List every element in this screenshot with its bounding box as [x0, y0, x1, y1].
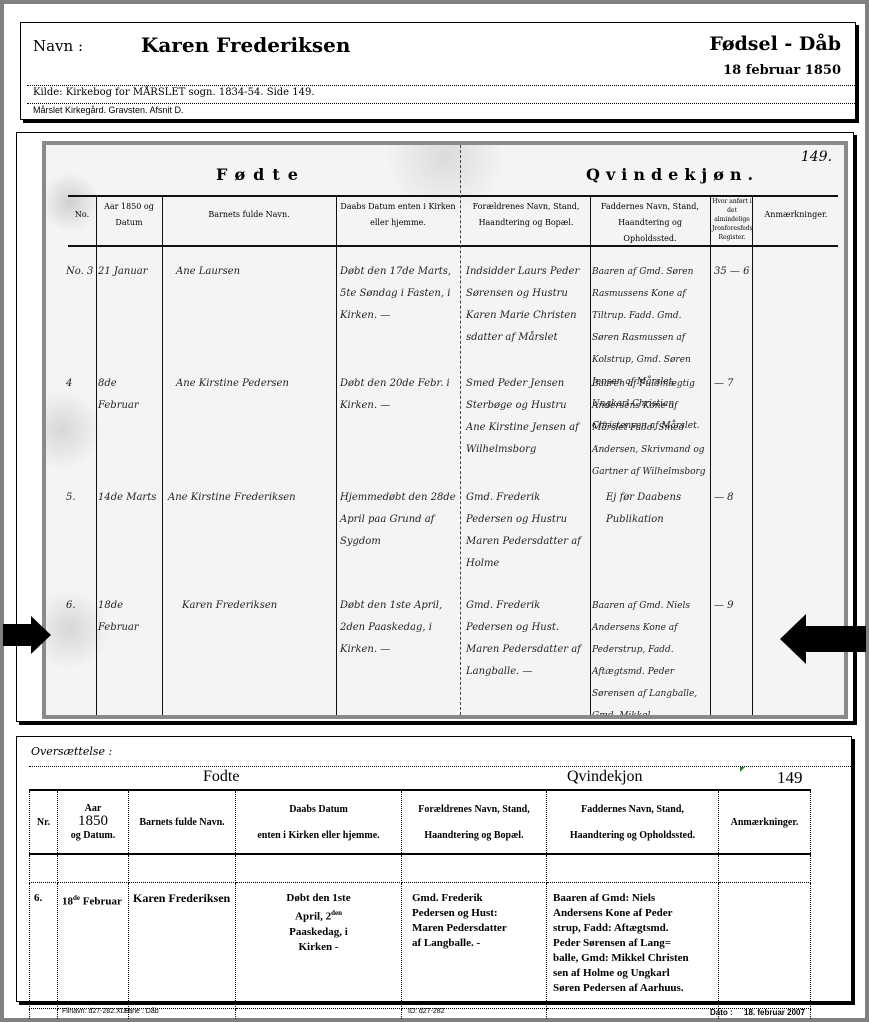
church-book-scan: Fødte Qvindekjøn. 149. No. Aar 1850 og D…	[42, 141, 848, 719]
entry-date: 18de Februar	[58, 883, 129, 1009]
entry-baptism: Døbt den 1ste April, 2den Paaskedag, i K…	[236, 883, 402, 1009]
entry-name: Karen Frederiksen	[129, 883, 236, 1009]
translation-title-left: Fodte	[203, 768, 239, 786]
scan-row4-reg: — 9	[714, 595, 750, 617]
entry-remarks	[719, 883, 811, 1009]
scan-row4-name: Karen Frederiksen	[182, 595, 332, 617]
scan-row1-nr: No. 3	[66, 261, 96, 283]
scan-row3-reg: — 8	[714, 487, 750, 509]
scan-row2-nr: 4	[66, 373, 96, 395]
scan-col-nr: No.	[68, 207, 96, 223]
scan-row3-baptism: Hjemmedøbt den 28de April paa Grund af S…	[340, 487, 458, 553]
scan-col-anm: Anmærkninger.	[754, 207, 838, 223]
scan-row1-name: Ane Laursen	[176, 261, 326, 283]
source-line: Kilde: Kirkebog for MÅRSLET sogn. 1834-5…	[33, 87, 315, 98]
scan-row1-date: 21 Januar	[98, 261, 160, 283]
scan-row2-name: Ane Kirstine Pedersen	[176, 373, 326, 395]
person-name: Karen Frederiksen	[141, 33, 350, 57]
scan-col-foraeld: Forældrenes Navn, Stand, Haandtering og …	[464, 199, 588, 231]
table-row: 6. 18de Februar Karen Frederiksen Døbt d…	[30, 883, 811, 1009]
scan-col-aar: Aar 1850 og Datum	[98, 199, 160, 231]
document-page: Navn : Karen Frederiksen Fødsel - Dåb 18…	[4, 4, 865, 1018]
scan-row3-name: Ane Kirstine Frederiksen	[168, 487, 334, 509]
entry-nr: 6.	[30, 883, 58, 1009]
scan-title-left: Fødte	[216, 165, 306, 184]
translation-box: Oversættelse : Fodte Qvindekjon 149 Nr. …	[16, 736, 852, 1002]
scan-row4-date: 18de Februar	[98, 595, 160, 639]
scan-row4-godparents: Baaren af Gmd. Niels Andersens Kone af P…	[592, 595, 708, 719]
scan-page-number: 149.	[801, 149, 832, 165]
col-nr: Nr.	[30, 790, 58, 854]
scan-row1-parents: Indsidder Laurs Peder Sørensen og Hustru…	[466, 261, 588, 349]
footer-date-label: Dato :	[710, 1008, 733, 1017]
scan-title-right: Qvindekjøn.	[586, 165, 759, 184]
col-foraeldre: Forældrenes Navn, Stand,Haandtering og B…	[402, 790, 547, 854]
scan-col-daab: Daabs Datum enten i Kirken eller hjemme.	[338, 199, 458, 231]
footer-date: 18. februar 2007	[744, 1008, 805, 1017]
col-daab: Daabs Datumenten i Kirken eller hjemme.	[236, 790, 402, 854]
scan-col-barn: Barnets fulde Navn.	[164, 207, 334, 223]
divider	[27, 85, 855, 86]
translation-label: Oversættelse :	[31, 745, 112, 758]
scan-row3-nr: 5.	[66, 487, 96, 509]
col-barn: Barnets fulde Navn.	[129, 790, 236, 854]
entry-parents: Gmd. Frederik Pedersen og Hust: Maren Pe…	[402, 883, 547, 1009]
scan-row2-date: 8de Februar	[98, 373, 160, 417]
translation-table: Nr. Aar1850og Datum. Barnets fulde Navn.…	[29, 789, 811, 1019]
scan-row2-reg: — 7	[714, 373, 750, 395]
divider	[27, 103, 855, 104]
scan-row4-parents: Gmd. Frederik Pedersen og Hust. Maren Pe…	[466, 595, 588, 683]
scan-col-reg: Hvor anført i det almindelige Jronforesf…	[712, 197, 752, 242]
col-faddere: Faddernes Navn, Stand,Haandtering og Oph…	[547, 790, 719, 854]
footer-sheet: Fane : Dåb	[124, 1008, 159, 1015]
translation-title-right: Qvindekjon	[567, 768, 643, 786]
record-type: Fødsel - Dåb	[709, 33, 841, 55]
cell-comment-marker-icon	[740, 767, 745, 772]
scan-row1-baptism: Døbt den 17de Marts, 5te Søndag i Fasten…	[340, 261, 458, 327]
col-aar: Aar1850og Datum.	[58, 790, 129, 854]
scan-row3-date: 14de Marts	[98, 487, 160, 509]
record-header: Navn : Karen Frederiksen Fødsel - Dåb 18…	[20, 22, 856, 120]
scan-frame: Fødte Qvindekjøn. 149. No. Aar 1850 og D…	[16, 132, 854, 722]
entry-godparents: Baaren af Gmd: Niels Andersens Kone af P…	[547, 883, 719, 1009]
scan-row4-baptism: Døbt den 1ste April, 2den Paaskedag, i K…	[340, 595, 458, 661]
scan-row3-parents: Gmd. Frederik Pedersen og Hustru Maren P…	[466, 487, 588, 575]
scan-row3-godparents: Ej før Daabens Publikation	[606, 487, 706, 531]
translation-page-number: 149	[777, 768, 803, 788]
footer-id: ID: d27-282	[408, 1008, 445, 1015]
scan-row2-godparents: Baaren af Fuldmægtig Andersens Kone af M…	[592, 373, 708, 483]
scan-row2-parents: Smed Peder Jensen Sterbøge og Hustru Ane…	[466, 373, 588, 461]
footer-filename: Filnavn: d27-282.XLS	[62, 1008, 129, 1015]
grave-line: Mårslet Kirkegård. Gravsten. Afsnit D.	[33, 105, 184, 115]
name-label: Navn :	[33, 37, 83, 55]
scan-row2-baptism: Døbt den 20de Febr. i Kirken. —	[340, 373, 458, 417]
col-anm: Anmærkninger.	[719, 790, 811, 854]
scan-row4-nr: 6.	[66, 595, 96, 617]
scan-row1-reg: 35 — 6	[714, 261, 750, 283]
scan-col-fadder: Faddernes Navn, Stand, Haandtering og Op…	[592, 199, 708, 247]
record-date: 18 februar 1850	[723, 63, 841, 78]
